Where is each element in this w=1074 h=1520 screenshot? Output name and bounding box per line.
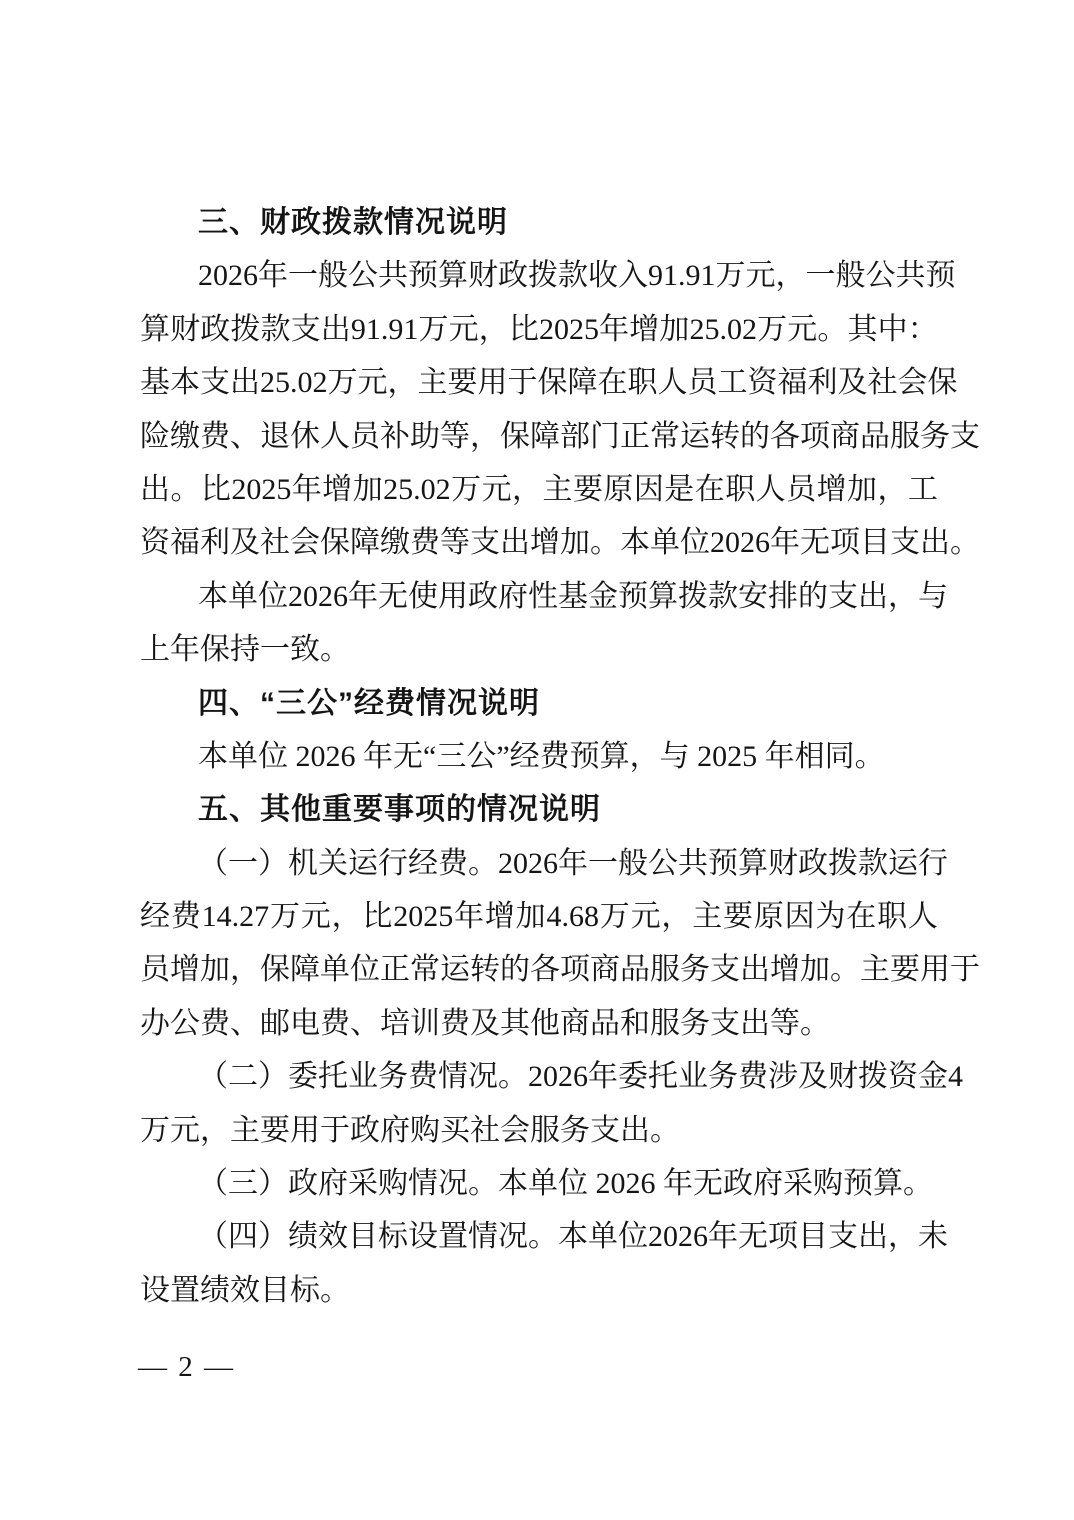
- text-token: 费: [200, 410, 230, 463]
- section-heading: 四、“三公”经费情况说明: [140, 677, 938, 730]
- text-token: 在: [598, 356, 628, 409]
- text-line: 本单位2026年无使用政府性基金预算拨款安排的支出，与: [140, 570, 938, 623]
- text-token: 加: [847, 463, 877, 516]
- text-token: 基: [140, 356, 170, 409]
- text-token: 元: [482, 463, 512, 516]
- text-token: 障: [530, 410, 560, 463]
- text-token: 运: [348, 837, 378, 890]
- text-token: 要: [448, 356, 478, 409]
- text-token: 2026: [198, 249, 258, 302]
- text-token: 拨: [858, 1050, 888, 1103]
- text-token: 业: [678, 1050, 708, 1103]
- text-token: 加: [516, 890, 546, 943]
- text-line: 员增加，保障单位正常运转的各项商品服务支出增加。主要用于: [140, 943, 938, 996]
- text-token: 缴: [380, 516, 410, 569]
- text-token: 绩: [288, 1210, 318, 1263]
- text-token: 等: [440, 516, 470, 569]
- text-token: 共: [896, 249, 926, 302]
- text-token: 年: [558, 837, 588, 890]
- text-token: 本: [198, 570, 228, 623]
- text-token: 目: [798, 1210, 828, 1263]
- text-token: 25.02: [260, 356, 328, 409]
- text-token: 障: [568, 356, 598, 409]
- text-token: 利: [808, 356, 838, 409]
- text-token: 人: [320, 410, 350, 463]
- text-token: 财: [468, 249, 498, 302]
- text-token: 等: [440, 410, 470, 463]
- text-token: 出: [140, 463, 170, 516]
- text-token: 拨: [678, 570, 708, 623]
- text-token: 2026: [648, 1210, 708, 1263]
- text-token: （: [198, 837, 228, 890]
- text-token: 置: [438, 1210, 468, 1263]
- text-token: 支: [828, 570, 858, 623]
- text-token: 关: [318, 837, 348, 890]
- text-token: 元: [631, 890, 661, 943]
- text-line: 本单位 2026 年无“三公”经费预算，与 2025 年相同。: [140, 730, 938, 783]
- text-token: 4: [948, 1050, 963, 1103]
- text-token: 职: [877, 890, 907, 943]
- text-token: 部: [560, 410, 590, 463]
- text-token: 比: [509, 303, 539, 356]
- text-token: ，: [332, 890, 362, 943]
- text-token: 运: [888, 837, 918, 890]
- text-token: 设: [408, 1210, 438, 1263]
- text-token: 般: [836, 249, 866, 302]
- text-token: 项: [560, 943, 590, 996]
- text-token: 支: [710, 943, 740, 996]
- text-token: 般: [318, 249, 348, 302]
- text-token: 款: [708, 570, 738, 623]
- text-token: 基: [558, 570, 588, 623]
- text-token: 公: [348, 249, 378, 302]
- text-token: 保: [538, 356, 568, 409]
- text-token: 保: [928, 356, 958, 409]
- text-token: 退: [260, 410, 290, 463]
- text-token: 财: [828, 1050, 858, 1103]
- text-token: 项: [768, 1210, 798, 1263]
- text-token: 年: [348, 570, 378, 623]
- text-token: 福: [170, 516, 200, 569]
- text-token: 会: [898, 356, 928, 409]
- text-token: 加: [800, 943, 830, 996]
- text-token: 财: [170, 303, 200, 356]
- text-token: 出: [858, 570, 888, 623]
- text-token: 标: [378, 1210, 408, 1263]
- text-token: 增: [629, 303, 659, 356]
- text-token: 元: [449, 303, 479, 356]
- text-line: （一）机关运行经费。2026年一般公共预算财政拨款运行: [140, 837, 938, 890]
- text-token: 位: [618, 1210, 648, 1263]
- text-token: 预: [708, 837, 738, 890]
- text-token: 万: [600, 890, 630, 943]
- text-token: 无: [738, 1210, 768, 1263]
- text-token: 2026: [498, 837, 558, 890]
- text-token: 本: [558, 1210, 588, 1263]
- text-token: 因: [634, 463, 664, 516]
- text-token: 年: [770, 516, 800, 569]
- text-token: 2025: [231, 463, 291, 516]
- text-line: 万元，主要用于政府购买社会服务支出。: [140, 1104, 938, 1157]
- text-token: 务: [378, 1050, 408, 1103]
- text-token: 职: [725, 463, 755, 516]
- text-token: 万: [270, 890, 300, 943]
- text-token: 万: [716, 249, 746, 302]
- document-page: 三、财政拨款情况说明2026年一般公共预算财政拨款收入91.91万元，一般公共预…: [0, 0, 1074, 1520]
- text-token: 政: [200, 303, 230, 356]
- text-token: 本: [170, 356, 200, 409]
- text-token: 。: [498, 1050, 528, 1103]
- text-token: 增: [770, 943, 800, 996]
- text-token: 加: [659, 303, 689, 356]
- text-token: 一: [806, 249, 836, 302]
- text-token: 支: [828, 1210, 858, 1263]
- text-token: 用: [438, 570, 468, 623]
- text-token: 商: [590, 943, 620, 996]
- text-token: 人: [658, 356, 688, 409]
- text-token: 增: [485, 890, 515, 943]
- text-token: 要: [573, 463, 603, 516]
- text-token: 员: [140, 943, 170, 996]
- text-token: 为: [815, 890, 845, 943]
- text-token: 委: [618, 1050, 648, 1103]
- text-token: 一: [228, 837, 258, 890]
- text-token: 社: [260, 516, 290, 569]
- text-token: 4.68: [546, 890, 599, 943]
- text-token: 元: [746, 249, 776, 302]
- text-token: 况: [468, 1050, 498, 1103]
- text-token: 共: [678, 837, 708, 890]
- text-token: 转: [710, 410, 740, 463]
- text-token: 的: [798, 570, 828, 623]
- text-token: 障: [350, 516, 380, 569]
- text-token: 安: [738, 570, 768, 623]
- text-token: 拨: [230, 303, 260, 356]
- text-token: 增: [530, 516, 560, 569]
- text-line: 经费14.27万元，比2025年增加4.68万元，主要原因为在职人: [140, 890, 938, 943]
- text-token: 2026: [288, 570, 348, 623]
- text-token: 金: [588, 570, 618, 623]
- text-token: 务: [920, 410, 950, 463]
- text-token: 拨: [528, 249, 558, 302]
- text-token: 、: [230, 410, 260, 463]
- text-token: ，: [230, 943, 260, 996]
- text-token: 增: [817, 463, 847, 516]
- text-token: ，: [877, 463, 907, 516]
- text-line: 险缴费、退休人员补助等，保障部门正常运转的各项商品服务支: [140, 410, 938, 463]
- text-token: 年: [258, 249, 288, 302]
- text-token: ，: [512, 463, 542, 516]
- text-token: 在: [846, 890, 876, 943]
- text-line: （二）委托业务费情况。2026年委托业务费涉及财拨资金4: [140, 1050, 938, 1103]
- text-token: 使: [408, 570, 438, 623]
- text-token: 出: [500, 516, 530, 569]
- text-token: 本: [620, 516, 650, 569]
- text-token: 支: [950, 410, 980, 463]
- text-token: 要: [890, 943, 920, 996]
- text-token: 保: [500, 410, 530, 463]
- text-token: 及: [230, 516, 260, 569]
- text-token: 出: [230, 356, 260, 409]
- text-line: 设置绩效目标。: [140, 1264, 938, 1317]
- text-token: 费: [438, 837, 468, 890]
- text-line: 出。比2025年增加25.02万元，主要原因是在职人员增加，工: [140, 463, 938, 516]
- text-token: 公: [648, 837, 678, 890]
- text-token: 目: [860, 516, 890, 569]
- text-token: （: [198, 1210, 228, 1263]
- text-token: 保: [320, 516, 350, 569]
- text-token: 转: [470, 943, 500, 996]
- text-token: 补: [380, 410, 410, 463]
- text-token: 缴: [170, 410, 200, 463]
- text-token: 费: [738, 1050, 768, 1103]
- text-token: 比: [201, 463, 231, 516]
- text-token: 常: [410, 943, 440, 996]
- text-token: 位: [258, 570, 288, 623]
- text-token: ，: [388, 356, 418, 409]
- text-token: 于: [508, 356, 538, 409]
- text-token: 位: [350, 943, 380, 996]
- text-token: 一: [288, 249, 318, 302]
- text-token: 资: [748, 356, 778, 409]
- text-token: 加: [353, 463, 383, 516]
- text-token: 利: [200, 516, 230, 569]
- text-token: 加: [200, 943, 230, 996]
- text-token: 年: [599, 303, 629, 356]
- text-token: 助: [410, 410, 440, 463]
- text-token: 2026: [528, 1050, 588, 1103]
- text-token: 万: [328, 356, 358, 409]
- text-token: 效: [318, 1210, 348, 1263]
- text-line: （三）政府采购情况。本单位 2026 年无政府采购预算。: [140, 1157, 938, 1210]
- text-token: 主: [692, 890, 722, 943]
- text-token: 常: [650, 410, 680, 463]
- text-token: 务: [680, 943, 710, 996]
- text-token: 出: [920, 516, 950, 569]
- text-token: 险: [140, 410, 170, 463]
- text-token: ，: [479, 303, 509, 356]
- text-token: 入: [618, 249, 648, 302]
- text-token: 及: [838, 356, 868, 409]
- text-token: 福: [778, 356, 808, 409]
- text-token: 职: [628, 356, 658, 409]
- text-token: 年: [708, 1210, 738, 1263]
- text-line: （四）绩效目标设置情况。本单位2026年无项目支出，未: [140, 1210, 938, 1263]
- text-token: ）: [258, 1050, 288, 1103]
- text-token: 未: [918, 1210, 948, 1263]
- text-token: 性: [528, 570, 558, 623]
- text-token: 政: [498, 249, 528, 302]
- text-token: 社: [868, 356, 898, 409]
- text-token: 单: [588, 1210, 618, 1263]
- text-token: 预: [926, 249, 956, 302]
- text-token: （: [198, 1050, 228, 1103]
- text-token: 款: [558, 249, 588, 302]
- text-token: 机: [288, 837, 318, 890]
- text-token: 2026: [710, 516, 770, 569]
- text-token: 主: [860, 943, 890, 996]
- text-token: 服: [890, 410, 920, 463]
- text-token: 政: [798, 837, 828, 890]
- text-token: 出: [321, 303, 351, 356]
- text-token: 共: [378, 249, 408, 302]
- text-token: 要: [723, 890, 753, 943]
- text-token: 原: [754, 890, 784, 943]
- text-token: 。: [468, 837, 498, 890]
- text-token: 况: [498, 1210, 528, 1263]
- text-token: 商: [830, 410, 860, 463]
- text-token: 增: [322, 463, 352, 516]
- text-token: 服: [650, 943, 680, 996]
- text-token: 。: [170, 463, 200, 516]
- text-token: 府: [498, 570, 528, 623]
- text-token: 费: [410, 516, 440, 569]
- text-token: 91.91: [351, 303, 419, 356]
- text-token: 人: [908, 890, 938, 943]
- text-token: 元: [301, 890, 331, 943]
- text-token: 金: [918, 1050, 948, 1103]
- text-line: 基本支出25.02万元，主要用于保障在职人员工资福利及社会保: [140, 356, 938, 409]
- text-token: 费: [171, 890, 201, 943]
- text-token: 元: [358, 356, 388, 409]
- text-token: 委: [288, 1050, 318, 1103]
- text-token: 品: [620, 943, 650, 996]
- text-token: 般: [618, 837, 648, 890]
- text-token: 款: [261, 303, 291, 356]
- text-line: 2026年一般公共预算财政拨款收入91.91万元，一般公共预: [140, 249, 938, 302]
- text-token: 比: [362, 890, 392, 943]
- text-token: 位: [680, 516, 710, 569]
- document-body: 三、财政拨款情况说明2026年一般公共预算财政拨款收入91.91万元，一般公共预…: [140, 196, 938, 1317]
- text-token: 。: [528, 1210, 558, 1263]
- text-token: 2025: [393, 890, 453, 943]
- text-token: 用: [478, 356, 508, 409]
- text-token: 经: [140, 890, 170, 943]
- text-token: 人: [756, 463, 786, 516]
- text-token: 算: [438, 249, 468, 302]
- text-token: 元: [787, 303, 817, 356]
- text-token: 出: [740, 943, 770, 996]
- text-token: 万: [419, 303, 449, 356]
- text-token: 算: [140, 303, 170, 356]
- text-token: 业: [348, 1050, 378, 1103]
- text-token: 保: [260, 943, 290, 996]
- text-token: 单: [320, 943, 350, 996]
- text-token: ，: [888, 570, 918, 623]
- text-token: ，: [776, 249, 806, 302]
- text-token: 工: [908, 463, 938, 516]
- text-token: 的: [500, 943, 530, 996]
- text-token: 预: [408, 249, 438, 302]
- text-token: 二: [228, 1050, 258, 1103]
- text-token: 其: [848, 303, 878, 356]
- text-token: 支: [200, 356, 230, 409]
- text-token: 25.02: [383, 463, 451, 516]
- text-token: 无: [800, 516, 830, 569]
- text-token: 主: [418, 356, 448, 409]
- text-token: 。: [950, 516, 980, 569]
- text-token: 在: [695, 463, 725, 516]
- text-token: 万: [757, 303, 787, 356]
- text-token: 于: [950, 943, 980, 996]
- text-token: 收: [588, 249, 618, 302]
- text-token: 财: [768, 837, 798, 890]
- text-token: 行: [378, 837, 408, 890]
- text-token: 目: [348, 1210, 378, 1263]
- text-token: 因: [785, 890, 815, 943]
- text-token: 经: [408, 837, 438, 890]
- text-token: 年: [292, 463, 322, 516]
- text-token: 是: [664, 463, 694, 516]
- text-token: 员: [786, 463, 816, 516]
- text-token: ：: [908, 303, 938, 356]
- text-token: 资: [888, 1050, 918, 1103]
- text-token: 25.02: [690, 303, 758, 356]
- text-line: 资福利及社会保障缴费等支出增加。本单位2026年无项目支出。: [140, 516, 938, 569]
- text-token: 2025: [539, 303, 599, 356]
- text-token: 各: [530, 943, 560, 996]
- text-token: 91.91: [648, 249, 716, 302]
- text-token: 中: [878, 303, 908, 356]
- section-heading: 三、财政拨款情况说明: [140, 196, 938, 249]
- text-token: 员: [350, 410, 380, 463]
- text-token: 与: [918, 570, 948, 623]
- page-number: — 2 —: [138, 1352, 235, 1382]
- text-token: 托: [648, 1050, 678, 1103]
- text-token: 。: [590, 516, 620, 569]
- text-token: 的: [740, 410, 770, 463]
- text-token: 一: [588, 837, 618, 890]
- text-token: 原: [603, 463, 633, 516]
- section-heading: 五、其他重要事项的情况说明: [140, 783, 938, 836]
- text-token: 算: [648, 570, 678, 623]
- text-token: 。: [830, 943, 860, 996]
- text-token: 托: [318, 1050, 348, 1103]
- text-token: 门: [590, 410, 620, 463]
- text-token: 款: [858, 837, 888, 890]
- text-token: 无: [378, 570, 408, 623]
- text-token: ，: [470, 410, 500, 463]
- text-token: 支: [890, 516, 920, 569]
- text-token: 会: [290, 516, 320, 569]
- text-token: 正: [380, 943, 410, 996]
- text-token: 各: [770, 410, 800, 463]
- text-line: 办公费、邮电费、培训费及其他商品和服务支出等。: [140, 997, 938, 1050]
- text-token: 正: [620, 410, 650, 463]
- text-token: 加: [560, 516, 590, 569]
- text-token: 项: [830, 516, 860, 569]
- text-token: 排: [768, 570, 798, 623]
- text-token: 运: [680, 410, 710, 463]
- text-token: 行: [918, 837, 948, 890]
- text-token: 运: [440, 943, 470, 996]
- text-token: 费: [408, 1050, 438, 1103]
- text-token: 障: [290, 943, 320, 996]
- text-token: 情: [468, 1210, 498, 1263]
- text-token: 增: [170, 943, 200, 996]
- text-token: 项: [800, 410, 830, 463]
- text-token: 支: [470, 516, 500, 569]
- text-token: ）: [258, 1210, 288, 1263]
- text-line: 算财政拨款支出91.91万元，比2025年增加25.02万元。其中：: [140, 303, 938, 356]
- text-token: 出: [858, 1210, 888, 1263]
- text-token: 及: [798, 1050, 828, 1103]
- text-token: 年: [588, 1050, 618, 1103]
- text-token: 14.27: [202, 890, 270, 943]
- text-token: 公: [866, 249, 896, 302]
- text-token: 政: [468, 570, 498, 623]
- text-token: ，: [661, 890, 691, 943]
